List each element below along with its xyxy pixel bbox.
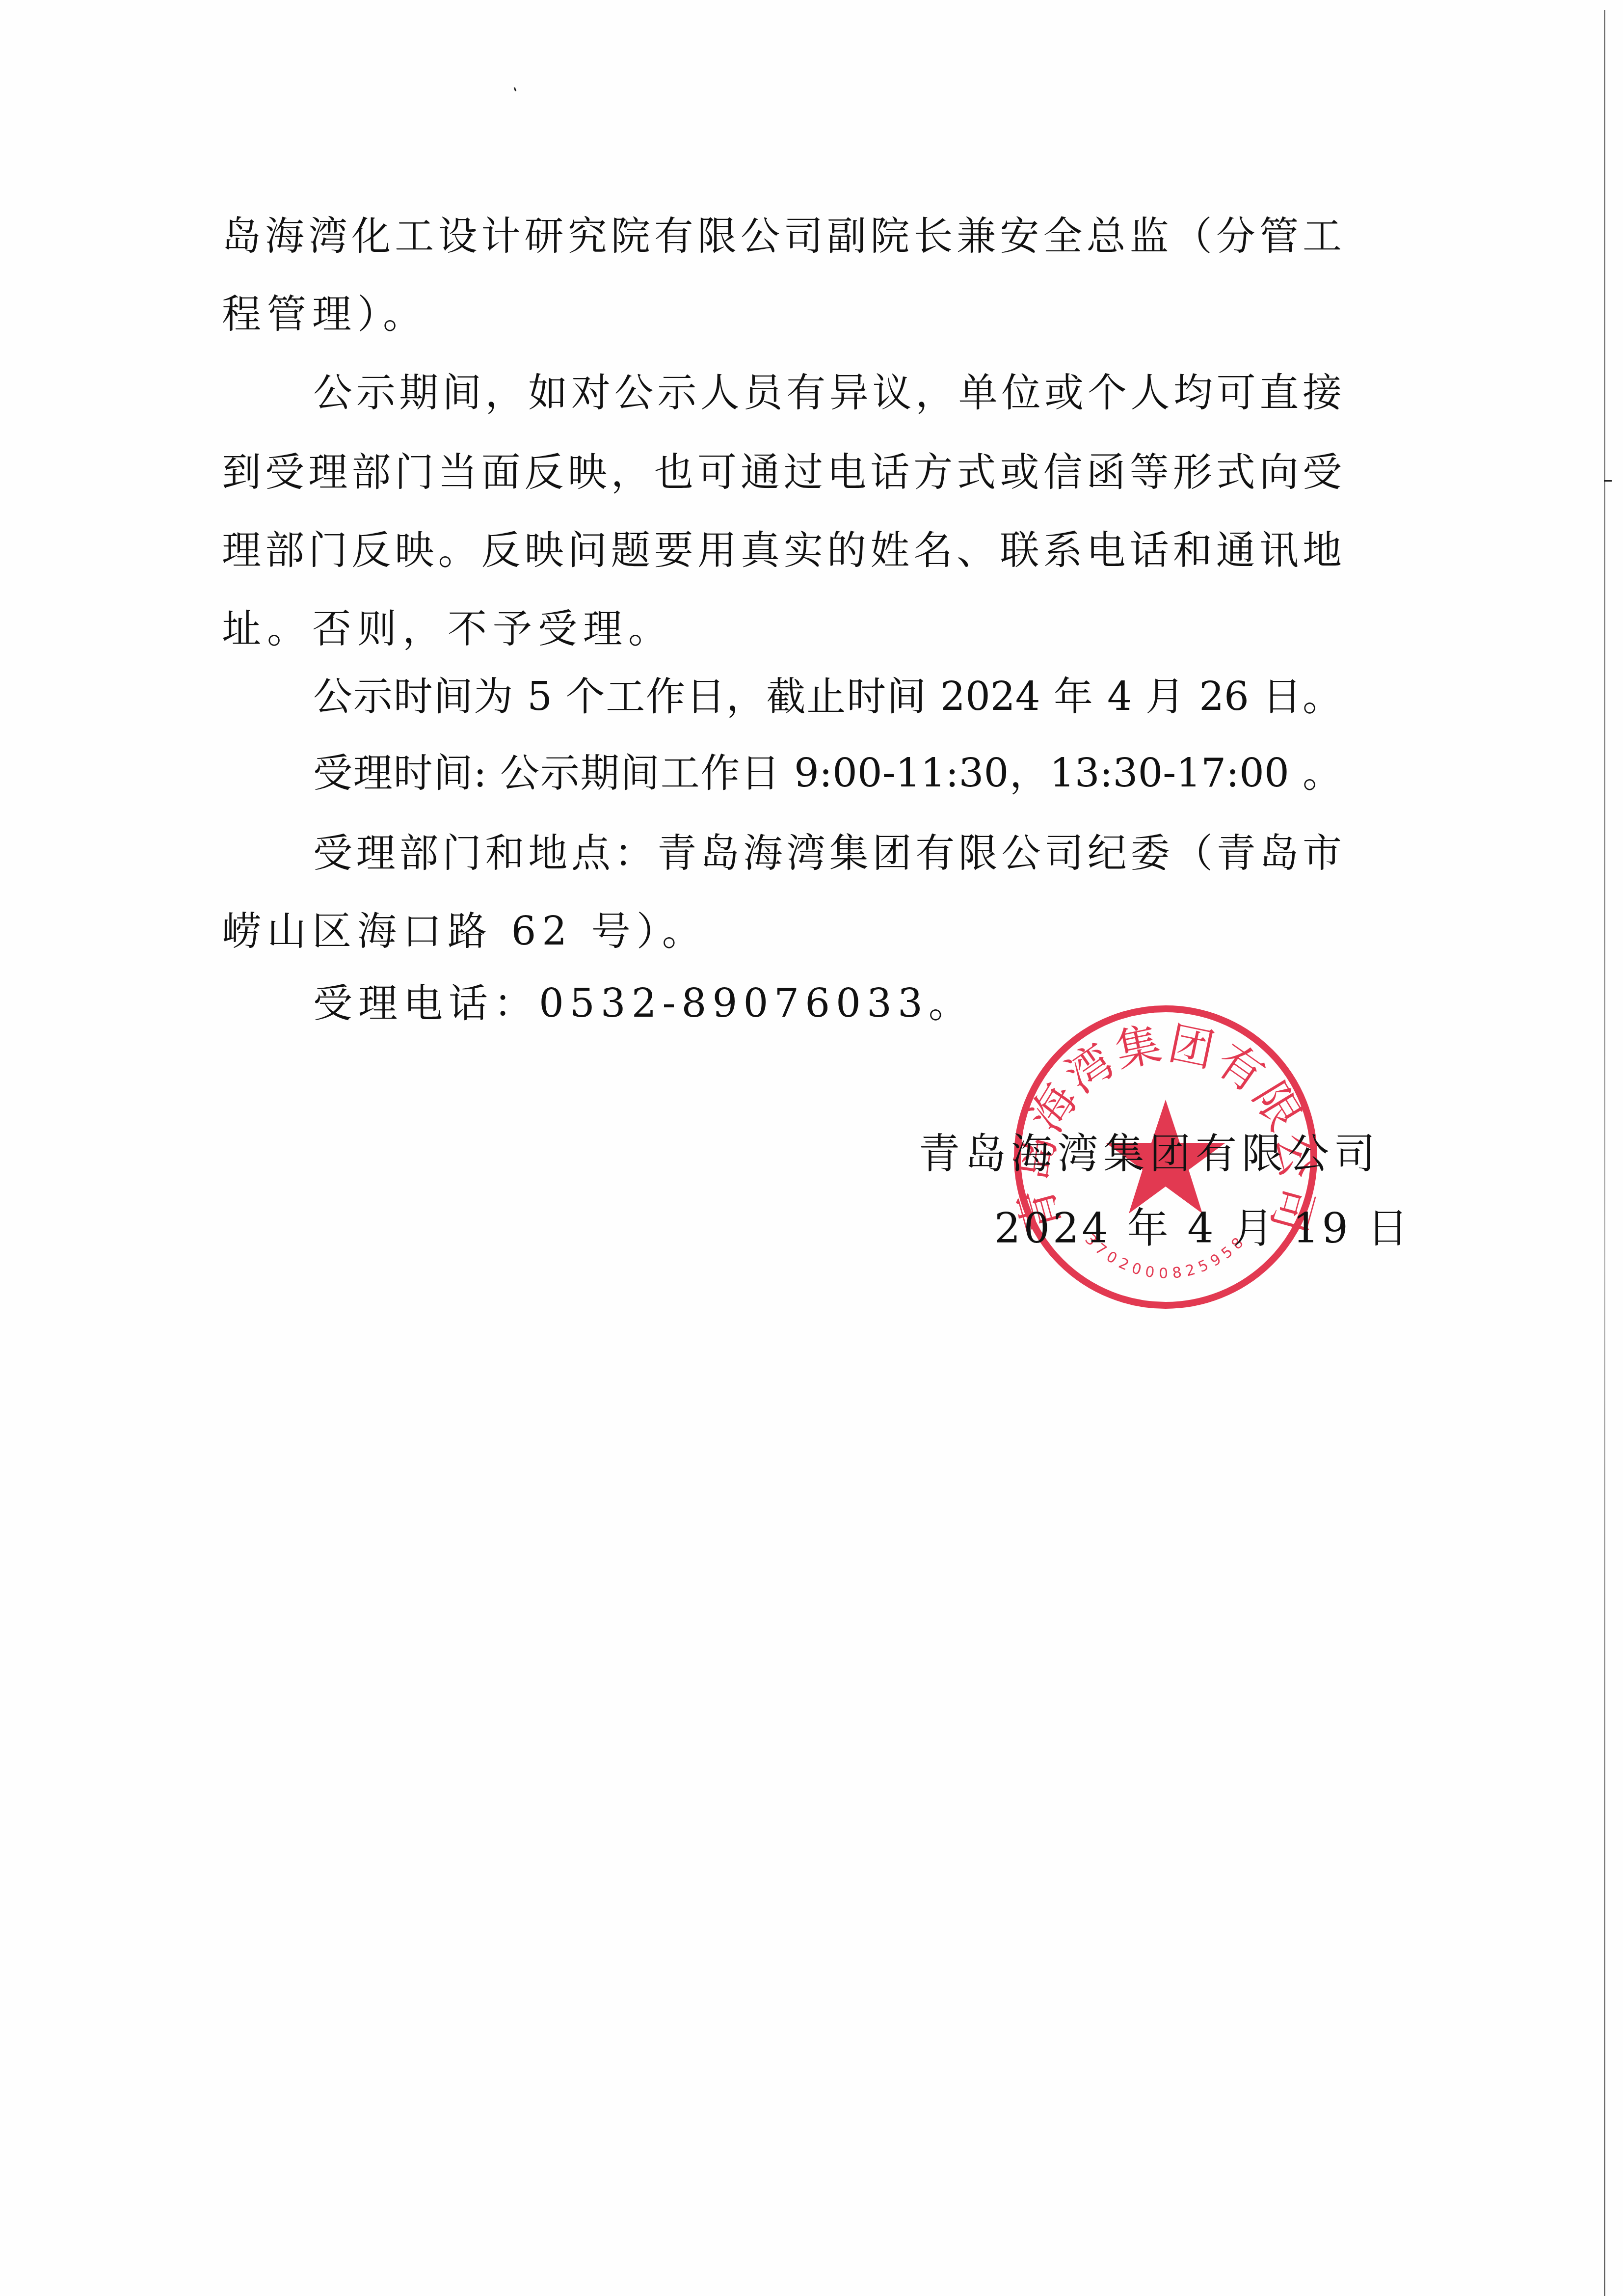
scan-speck <box>514 87 517 92</box>
signature-organization: 青岛海湾集团有限公司 <box>919 1127 1380 1181</box>
document-page: 岛海湾化工设计研究院有限公司副院长兼安全总监（分管工 程管理）。 公示期间，如对… <box>0 0 1623 2296</box>
signature-date: 2024 年 4 月 19 日 <box>994 1201 1411 1255</box>
body-line-2: 程管理）。 <box>222 287 1342 341</box>
body-line-3: 公示期间，如对公示人员有异议，单位或个人均可直接 <box>313 366 1342 420</box>
body-line-4: 到受理部门当面反映，也可通过电话方式或信函等形式向受 <box>222 445 1342 499</box>
notice-period-line: 公示时间为 5 个工作日，截止时间 2024 年 4 月 26 日。 <box>313 670 1342 724</box>
body-line-1: 岛海湾化工设计研究院有限公司副院长兼安全总监（分管工 <box>222 209 1342 263</box>
body-line-5: 理部门反映。反映问题要用真实的姓名、联系电话和通讯地 <box>222 523 1342 577</box>
accept-address-line: 崂山区海口路 62 号）。 <box>222 904 1342 958</box>
accept-dept-line: 受理部门和地点：青岛海湾集团有限公司纪委（青岛市 <box>313 826 1342 880</box>
scan-edge-line <box>1604 10 1605 2296</box>
body-line-6: 址。否则，不予受理。 <box>222 602 1342 656</box>
accept-time-line: 受理时间: 公示期间工作日 9:00-11:30，13:30-17:00 。 <box>313 746 1342 800</box>
scan-edge-tick <box>1604 480 1612 482</box>
